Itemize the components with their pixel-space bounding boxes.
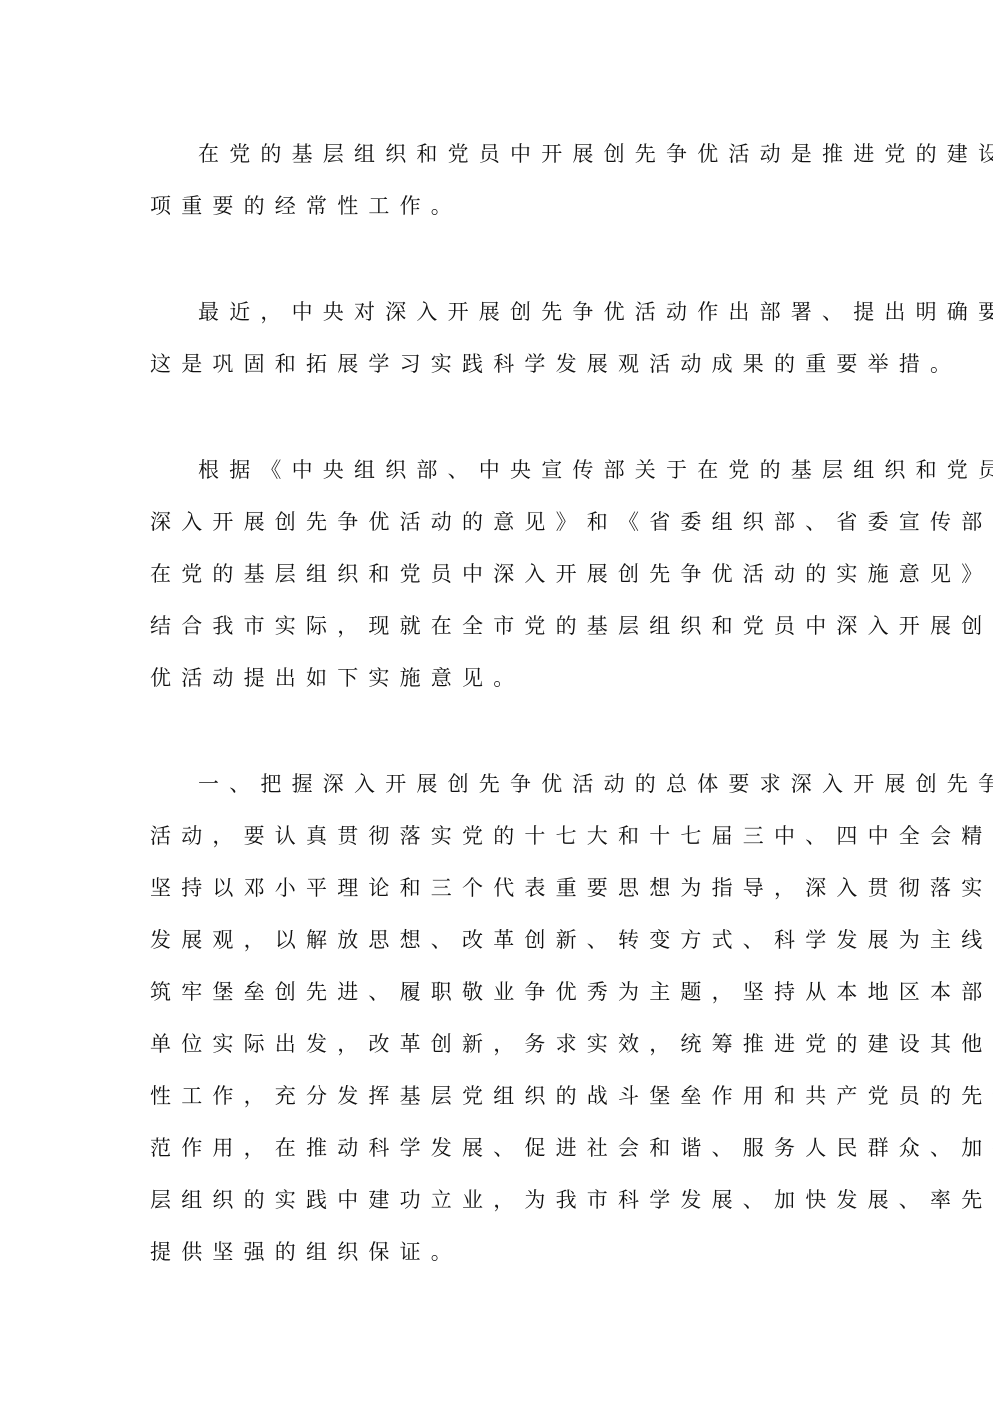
text-line: 筑牢堡垒创先进、履职敬业争优秀为主题，坚持从本地区本部门本 [150,966,850,1018]
text-line: 提供坚强的组织保证。 [150,1226,850,1278]
text-line: 这是巩固和拓展学习实践科学发展观活动成果的重要举措。 [150,338,850,390]
paragraph-basis: 根据《中央组织部、中央宣传部关于在党的基层组织和党员中 深入开展创先争优活动的意… [150,444,850,704]
text-line: 性工作，充分发挥基层党组织的战斗堡垒作用和共产党员的先锋模 [150,1070,850,1122]
text-line: 在党的基层组织和党员中深入开展创先争优活动的实施意见》精神， [150,548,850,600]
text-line: 深入开展创先争优活动的意见》和《省委组织部、省委宣传部关于 [150,496,850,548]
text-line: 在党的基层组织和党员中开展创先争优活动是推进党的建设一 [150,128,850,180]
text-line: 范作用，在推动科学发展、促进社会和谐、服务人民群众、加强基 [150,1122,850,1174]
text-line: 最近，中央对深入开展创先争优活动作出部署、提出明确要求， [150,286,850,338]
text-line: 优活动提出如下实施意见。 [150,652,850,704]
paragraph-central-deployment: 最近，中央对深入开展创先争优活动作出部署、提出明确要求， 这是巩固和拓展学习实践… [150,286,850,390]
text-line: 层组织的实践中建功立业，为我市科学发展、加快发展、率先发展 [150,1174,850,1226]
text-line: 发展观，以解放思想、改革创新、转变方式、科学发展为主线，以 [150,914,850,966]
paragraph-spacer [150,232,850,286]
text-line: 项重要的经常性工作。 [150,180,850,232]
paragraph-spacer [150,390,850,444]
text-line: 活动，要认真贯彻落实党的十七大和十七届三中、四中全会精神， [150,810,850,862]
text-line: 根据《中央组织部、中央宣传部关于在党的基层组织和党员中 [150,444,850,496]
text-line: 结合我市实际，现就在全市党的基层组织和党员中深入开展创先争 [150,600,850,652]
document-page: 在党的基层组织和党员中开展创先争优活动是推进党的建设一 项重要的经常性工作。 最… [150,128,850,1278]
paragraph-intro: 在党的基层组织和党员中开展创先争优活动是推进党的建设一 项重要的经常性工作。 [150,128,850,232]
text-line: 单位实际出发，改革创新，务求实效，统筹推进党的建设其他经常 [150,1018,850,1070]
text-line: 坚持以邓小平理论和三个代表重要思想为指导，深入贯彻落实科学 [150,862,850,914]
paragraph-spacer [150,704,850,758]
section-heading-line: 一、把握深入开展创先争优活动的总体要求深入开展创先争优 [150,758,850,810]
paragraph-section-one: 一、把握深入开展创先争优活动的总体要求深入开展创先争优 活动，要认真贯彻落实党的… [150,758,850,1278]
